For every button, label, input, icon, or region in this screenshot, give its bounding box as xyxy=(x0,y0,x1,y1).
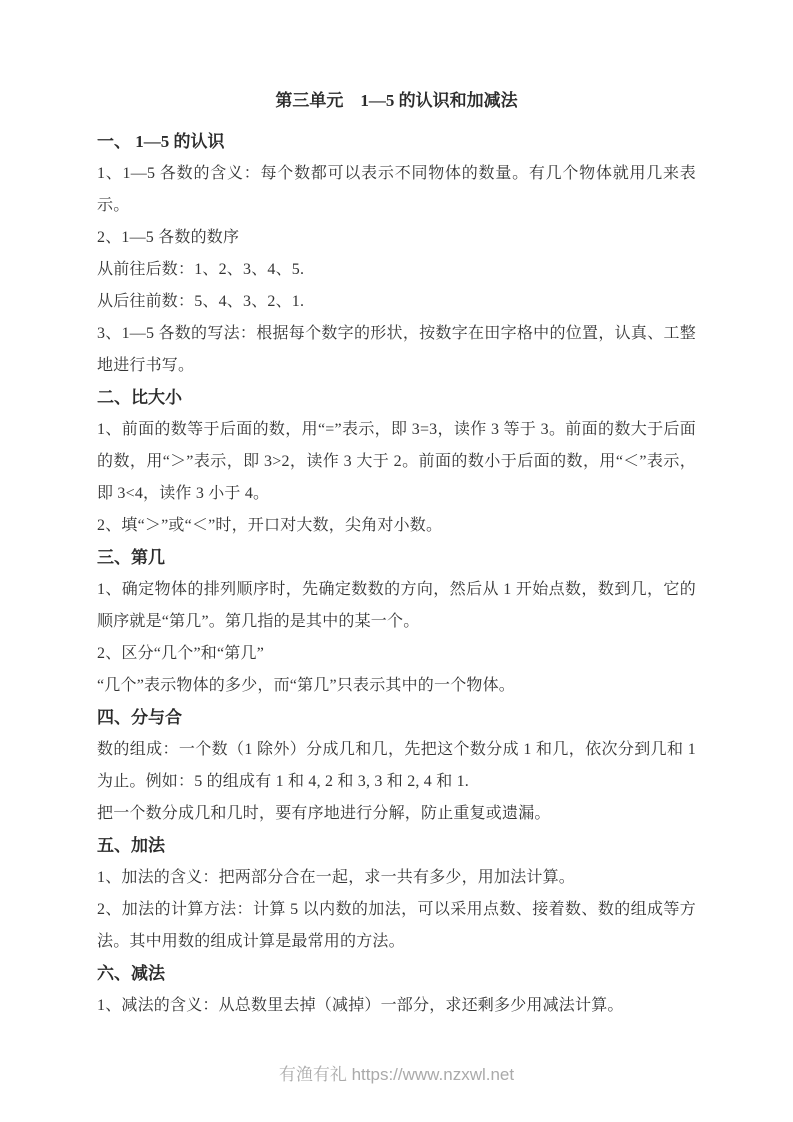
document-page: 第三单元 1—5 的认识和加减法 一、 1—5 的认识 1、1—5 各数的含义：… xyxy=(0,0,793,1122)
section-heading: 三、第几 xyxy=(97,542,696,574)
section-addition: 五、加法 1、加法的含义：把两部分合在一起，求一共有多少，用加法计算。 2、加法… xyxy=(97,830,696,958)
section-split-combine: 四、分与合 数的组成：一个数（1 除外）分成几和几，先把这个数分成 1 和几，依… xyxy=(97,702,696,830)
paragraph: 2、加法的计算方法：计算 5 以内数的加法，可以采用点数、接着数、数的组成等方法… xyxy=(97,894,696,958)
paragraph: 2、填“＞”或“＜”时，开口对大数，尖角对小数。 xyxy=(97,510,696,542)
paragraph: 把一个数分成几和几时，要有序地进行分解，防止重复或遗漏。 xyxy=(97,798,696,830)
paragraph: 从前往后数：1、2、3、4、5. xyxy=(97,254,696,286)
section-heading: 四、分与合 xyxy=(97,702,696,734)
section-compare-size: 二、比大小 1、前面的数等于后面的数，用“=”表示，即 3=3，读作 3 等于 … xyxy=(97,382,696,542)
paragraph: 1、加法的含义：把两部分合在一起，求一共有多少，用加法计算。 xyxy=(97,862,696,894)
section-heading: 六、减法 xyxy=(97,958,696,990)
document-content: 第三单元 1—5 的认识和加减法 一、 1—5 的认识 1、1—5 各数的含义：… xyxy=(97,88,696,1022)
paragraph: 从后往前数：5、4、3、2、1. xyxy=(97,286,696,318)
section-heading: 一、 1—5 的认识 xyxy=(97,126,696,158)
section-subtraction: 六、减法 1、减法的含义：从总数里去掉（减掉）一部分，求还剩多少用减法计算。 xyxy=(97,958,696,1022)
paragraph: 2、1—5 各数的数序 xyxy=(97,222,696,254)
section-heading: 五、加法 xyxy=(97,830,696,862)
paragraph: 3、1—5 各数的写法：根据每个数字的形状，按数字在田字格中的位置，认真、工整地… xyxy=(97,318,696,382)
section-1-5-understanding: 一、 1—5 的认识 1、1—5 各数的含义：每个数都可以表示不同物体的数量。有… xyxy=(97,126,696,382)
paragraph: 1、前面的数等于后面的数，用“=”表示，即 3=3，读作 3 等于 3。前面的数… xyxy=(97,414,696,510)
document-title: 第三单元 1—5 的认识和加减法 xyxy=(97,88,696,114)
paragraph: 2、区分“几个”和“第几” xyxy=(97,638,696,670)
footer-watermark: 有渔有礼 https://www.nzxwl.net xyxy=(0,1063,793,1087)
paragraph: 1、确定物体的排列顺序时，先确定数数的方向，然后从 1 开始点数，数到几，它的顺… xyxy=(97,574,696,638)
paragraph: 1、减法的含义：从总数里去掉（减掉）一部分，求还剩多少用减法计算。 xyxy=(97,990,696,1022)
paragraph: 数的组成：一个数（1 除外）分成几和几，先把这个数分成 1 和几，依次分到几和 … xyxy=(97,734,696,798)
section-ordinal: 三、第几 1、确定物体的排列顺序时，先确定数数的方向，然后从 1 开始点数，数到… xyxy=(97,542,696,702)
paragraph: 1、1—5 各数的含义：每个数都可以表示不同物体的数量。有几个物体就用几来表示。 xyxy=(97,158,696,222)
section-heading: 二、比大小 xyxy=(97,382,696,414)
paragraph: “几个”表示物体的多少，而“第几”只表示其中的一个物体。 xyxy=(97,670,696,702)
